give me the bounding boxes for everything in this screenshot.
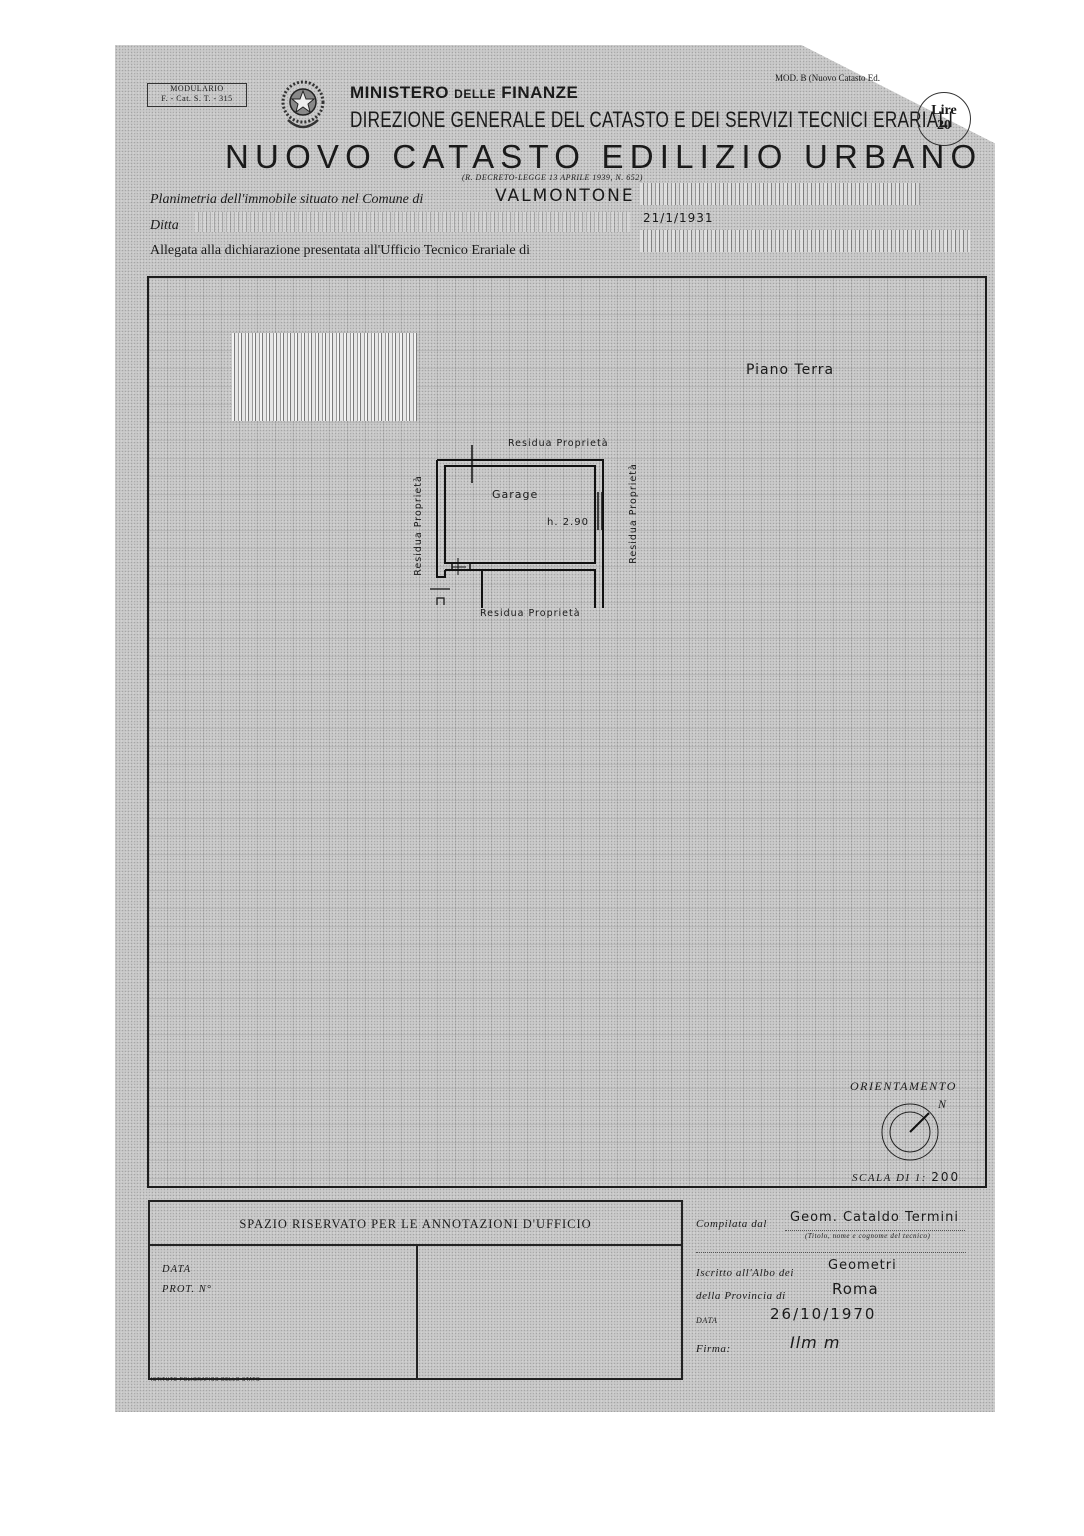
technician-date-label: DATA xyxy=(696,1316,718,1325)
ministry-part: FINANZE xyxy=(496,83,578,102)
ditta-label: Ditta xyxy=(150,218,179,234)
register-value: Geometri xyxy=(828,1258,897,1273)
ditta-date: 21/1/1931 xyxy=(643,211,714,225)
scale-prefix: SCALA DI 1: xyxy=(852,1172,927,1184)
boundary-bottom-label: Residua Proprietà xyxy=(480,608,581,619)
annotation-protocol-label: PROT. N° xyxy=(162,1284,212,1295)
modulario-box: MODULARIO F. - Cat. S. T. - 315 xyxy=(147,83,247,107)
fee-stamp-currency: Lire xyxy=(918,103,970,118)
modulario-line1: MODULARIO xyxy=(148,84,246,94)
ministry-part: DELLE xyxy=(454,87,496,101)
boundary-right-label: Residua Proprietà xyxy=(628,463,639,564)
printer-imprint: ISTITUTO POLIGRAFICO DELLO STATO xyxy=(151,1377,260,1383)
office-annotations-header: SPAZIO RISERVATO PER LE ANNOTAZIONI D'UF… xyxy=(150,1202,681,1246)
room-height-label: h. 2.90 xyxy=(547,517,589,528)
state-emblem-icon xyxy=(280,76,326,136)
boundary-left-label: Residua Proprietà xyxy=(413,475,424,576)
compiled-by-label: Compilata dal xyxy=(696,1218,767,1230)
redacted-stamp xyxy=(232,333,417,421)
technician-date-value: 26/10/1970 xyxy=(770,1305,876,1323)
province-value: Roma xyxy=(832,1280,879,1298)
directorate-title: DIREZIONE GENERALE DEL CATASTO E DEI SER… xyxy=(350,107,953,133)
ministry-part: MINISTERO xyxy=(350,83,454,102)
annotation-date-label: DATA xyxy=(162,1264,191,1275)
compiled-by-hint: (Titolo, nome e cognome del tecnico) xyxy=(805,1232,930,1240)
fee-stamp-amount: 20 xyxy=(918,118,970,133)
decree-reference: (R. DECRETO-LEGGE 13 APRILE 1939, N. 652… xyxy=(462,173,643,182)
signature-value: Ilm m xyxy=(790,1333,840,1352)
modulario-line2: F. - Cat. S. T. - 315 xyxy=(148,94,246,104)
ministry-name: MINISTERO DELLE FINANZE xyxy=(350,83,578,103)
office-annotations-right xyxy=(418,1244,681,1380)
dotted-line xyxy=(696,1252,966,1253)
floor-plan-drawing xyxy=(400,430,660,630)
scale-label: SCALA DI 1: 200 xyxy=(852,1170,960,1184)
office-annotations-left: DATA PROT. N° xyxy=(150,1244,418,1380)
form-model-code: MOD. B (Nuovo Catasto Ed. xyxy=(775,73,880,83)
redacted-address xyxy=(640,183,920,205)
dotted-line xyxy=(785,1230,965,1231)
room-label: Garage xyxy=(492,488,538,501)
planimetria-label: Planimetria dell'immobile situato nel Co… xyxy=(150,192,423,208)
north-arrow-icon xyxy=(877,1097,943,1163)
province-label: della Provincia di xyxy=(696,1290,786,1302)
scale-value: 200 xyxy=(931,1170,960,1184)
compiled-by-value: Geom. Cataldo Termini xyxy=(790,1210,959,1225)
redacted-office xyxy=(640,230,970,252)
signature-label: Firma: xyxy=(696,1343,731,1355)
office-annotations-box: SPAZIO RISERVATO PER LE ANNOTAZIONI D'UF… xyxy=(148,1200,683,1380)
boundary-top-label: Residua Proprietà xyxy=(508,438,609,449)
north-label: N xyxy=(938,1097,946,1112)
comune-value: VALMONTONE xyxy=(495,186,635,206)
document-title: NUOVO CATASTO EDILIZIO URBANO xyxy=(225,138,982,176)
redacted-owner xyxy=(195,212,630,232)
orientation-label: ORIENTAMENTO xyxy=(850,1079,957,1094)
allegata-label: Allegata alla dichiarazione presentata a… xyxy=(150,243,530,259)
floor-plan: Residua Proprietà Residua Proprietà Resi… xyxy=(400,430,660,630)
register-label: Iscritto all'Albo dei xyxy=(696,1267,794,1279)
floor-label: Piano Terra xyxy=(746,362,834,378)
technician-block: Compilata dal Geom. Cataldo Termini (Tit… xyxy=(690,1200,990,1390)
